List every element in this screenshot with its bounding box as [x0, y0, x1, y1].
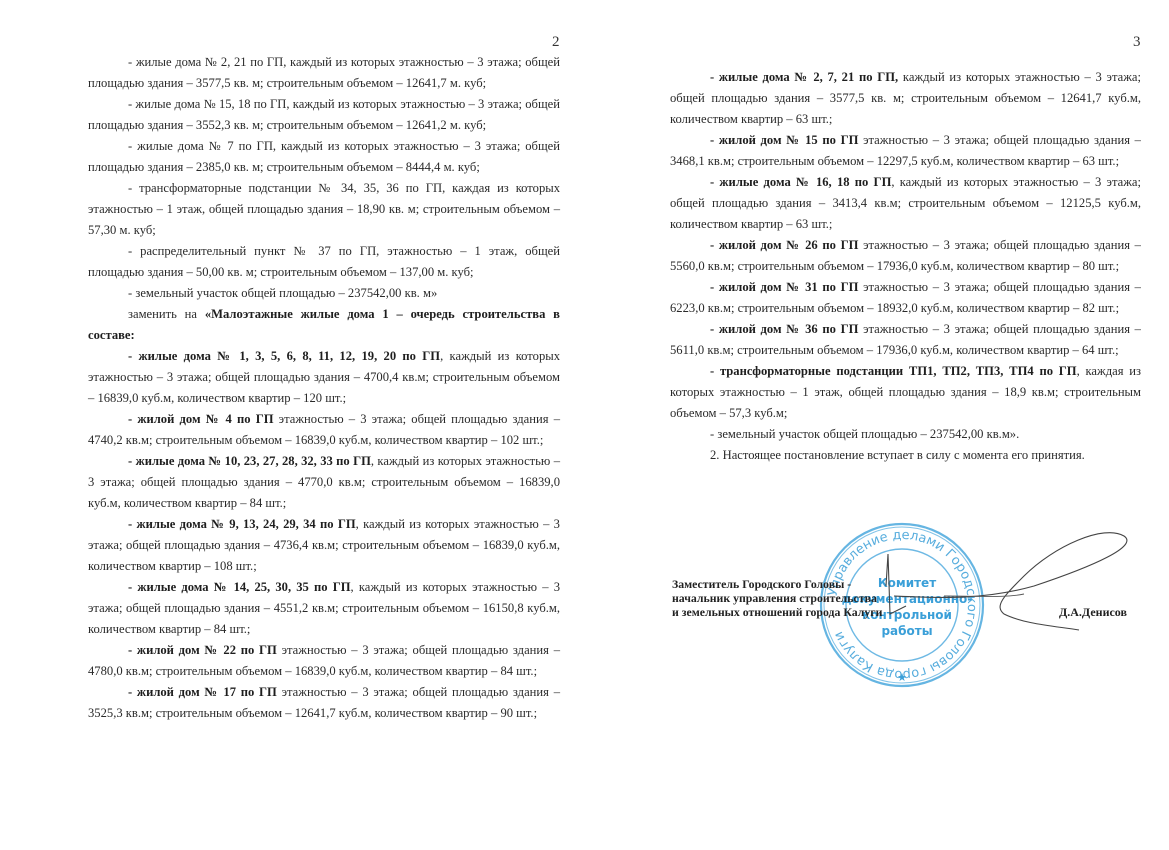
- page-number: 3: [1133, 34, 1141, 51]
- paragraph: - трансформаторные подстанции ТП1, ТП2, …: [670, 361, 1141, 424]
- paragraph-bold: - жилые дома № 9, 13, 24, 29, 34 по ГП: [128, 517, 356, 531]
- paragraph-bold: - жилой дом № 22 по ГП: [128, 643, 277, 657]
- paragraph-text: - трансформаторные подстанции № 34, 35, …: [88, 181, 560, 237]
- paragraph-bold: - жилой дом № 4 по ГП: [128, 412, 274, 426]
- paragraph: - жилой дом № 22 по ГП этажностью – 3 эт…: [88, 640, 560, 682]
- paragraph-bold: - жилой дом № 17 по ГП: [128, 685, 277, 699]
- stamp-star: ★: [897, 672, 907, 684]
- paragraph: - земельный участок общей площадью – 237…: [670, 424, 1141, 445]
- paragraph: - жилые дома № 2, 21 по ГП, каждый из ко…: [88, 52, 560, 94]
- paragraph-bold: - жилой дом № 26 по ГП: [710, 238, 858, 252]
- paragraph-bold: - жилые дома № 10, 23, 27, 28, 32, 33 по…: [128, 454, 371, 468]
- paragraph: - жилой дом № 15 по ГП этажностью – 3 эт…: [670, 130, 1141, 172]
- handwritten-signature-icon: [884, 526, 1144, 646]
- paragraph-bold: - жилой дом № 36 по ГП: [710, 322, 858, 336]
- paragraph: - жилые дома № 2, 7, 21 по ГП, каждый из…: [670, 67, 1141, 130]
- paragraph: - жилые дома № 1, 3, 5, 6, 8, 11, 12, 19…: [88, 346, 560, 409]
- signature-block: Заместитель Городского Головы - начальни…: [672, 577, 882, 619]
- paragraph-text: - жилые дома № 2, 21 по ГП, каждый из ко…: [88, 55, 560, 90]
- paragraph: - жилой дом № 17 по ГП этажностью – 3 эт…: [88, 682, 560, 724]
- paragraph-text: - земельный участок общей площадью – 237…: [128, 286, 437, 300]
- paragraph-bold: - жилой дом № 31 по ГП: [710, 280, 858, 294]
- paragraph-bold: - трансформаторные подстанции ТП1, ТП2, …: [710, 364, 1077, 378]
- paragraph: - жилой дом № 31 по ГП этажностью – 3 эт…: [670, 277, 1141, 319]
- paragraph: - жилой дом № 36 по ГП этажностью – 3 эт…: [670, 319, 1141, 361]
- paragraph-bold: - жилые дома № 1, 3, 5, 6, 8, 11, 12, 19…: [128, 349, 440, 363]
- paragraph-prefix: заменить на: [128, 307, 205, 321]
- paragraph-text: - жилые дома № 7 по ГП, каждый из которы…: [88, 139, 560, 174]
- page-2: 2 - жилые дома № 2, 21 по ГП, каждый из …: [0, 0, 584, 850]
- paragraph: - жилой дом № 4 по ГП этажностью – 3 эта…: [88, 409, 560, 451]
- paragraph: - жилые дома № 10, 23, 27, 28, 32, 33 по…: [88, 451, 560, 514]
- replace-heading: заменить на «Малоэтажные жилые дома 1 – …: [88, 304, 560, 346]
- paragraph-bold: - жилой дом № 15 по ГП: [710, 133, 858, 147]
- paragraph-text: - жилые дома № 15, 18 по ГП, каждый из к…: [88, 97, 560, 132]
- paragraph: - жилые дома № 7 по ГП, каждый из которы…: [88, 136, 560, 178]
- paragraph: - жилые дома № 16, 18 по ГП, каждый из к…: [670, 172, 1141, 235]
- signer-title-line: и земельных отношений города Калуги: [672, 605, 882, 619]
- paragraph-text: - земельный участок общей площадью – 237…: [710, 427, 1019, 441]
- paragraph: - распределительный пункт № 37 по ГП, эт…: [88, 241, 560, 283]
- paragraph-text: - распределительный пункт № 37 по ГП, эт…: [88, 244, 560, 279]
- signer-title-line: Заместитель Городского Головы -: [672, 577, 882, 591]
- paragraph: - жилой дом № 26 по ГП этажностью – 3 эт…: [670, 235, 1141, 277]
- signer-title-line: начальник управления строительства: [672, 591, 882, 605]
- paragraph-text: 2. Настоящее постановление вступает в си…: [710, 448, 1085, 462]
- paragraph: - жилые дома № 15, 18 по ГП, каждый из к…: [88, 94, 560, 136]
- page-body: - жилые дома № 2, 21 по ГП, каждый из ко…: [88, 52, 560, 724]
- paragraph-bold: - жилые дома № 16, 18 по ГП: [710, 175, 891, 189]
- effective-clause: 2. Настоящее постановление вступает в си…: [670, 445, 1141, 466]
- paragraph-bold: - жилые дома № 14, 25, 30, 35 по ГП: [128, 580, 351, 594]
- page-number: 2: [552, 34, 560, 51]
- paragraph: - трансформаторные подстанции № 34, 35, …: [88, 178, 560, 241]
- paragraph: - земельный участок общей площадью – 237…: [88, 283, 560, 304]
- page-3: 3 - жилые дома № 2, 7, 21 по ГП, каждый …: [584, 0, 1169, 850]
- paragraph: - жилые дома № 14, 25, 30, 35 по ГП, каж…: [88, 577, 560, 640]
- paragraph-bold: - жилые дома № 2, 7, 21 по ГП,: [710, 70, 898, 84]
- paragraph: - жилые дома № 9, 13, 24, 29, 34 по ГП, …: [88, 514, 560, 577]
- page-body: - жилые дома № 2, 7, 21 по ГП, каждый из…: [670, 67, 1141, 466]
